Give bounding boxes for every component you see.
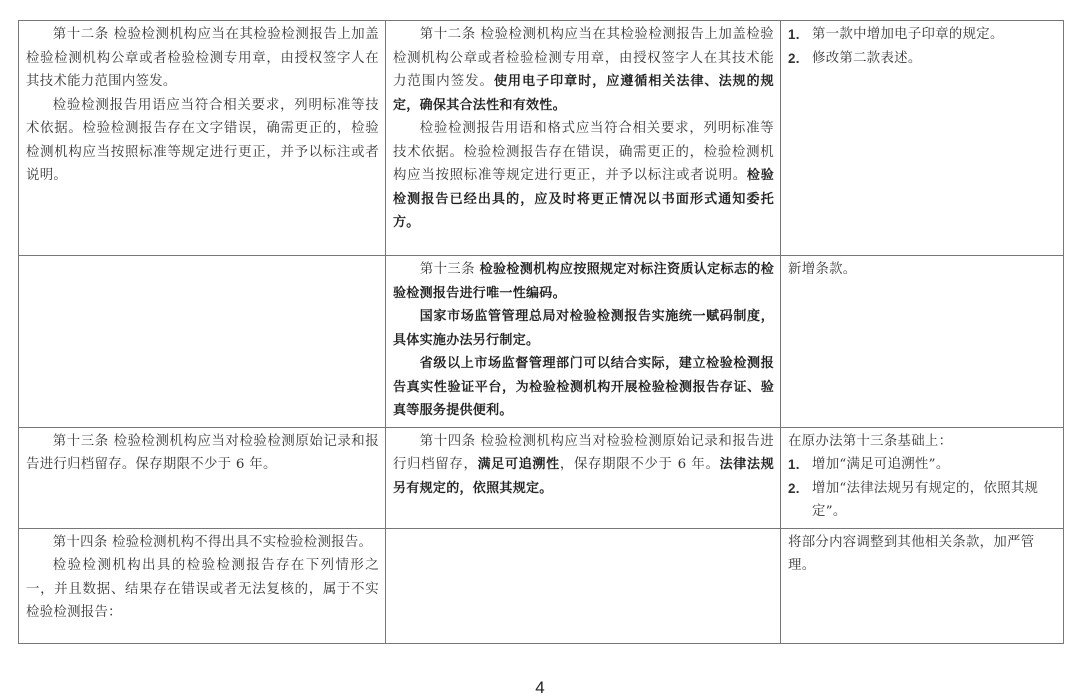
note-text: 增加“满足可追溯性”。: [812, 453, 950, 477]
list-number: 2.: [788, 477, 812, 524]
note-list-item: 1.第一款中增加电子印章的规定。: [788, 23, 1057, 47]
article-text: 第十二条 检验检测机构应当在其检验检测报告上加盖检验检测机构公章或者检验检测专用…: [26, 27, 379, 89]
note-intro: 将部分内容调整到其他相关条款，加严管理。: [788, 531, 1057, 578]
added-text: 国家市场监管管理总局对检验检测报告实施统一赋码制度，具体实施办法另行制定。: [393, 309, 774, 348]
article-paragraph: 第十四条 检验检测机构不得出具不实检验检测报告。: [26, 531, 379, 555]
revised-text-cell: 第十二条 检验检测机构应当在其检验检测报告上加盖检验检测机构公章或者检验检测专用…: [386, 21, 781, 256]
list-number: 2.: [788, 47, 812, 71]
list-number: 1.: [788, 23, 812, 47]
original-text-cell: 第十四条 检验检测机构不得出具不实检验检测报告。检验检测机构出具的检验检测报告存…: [19, 528, 386, 643]
article-text: 检验检测报告用语应当符合相关要求，列明标准等技术依据。检验检测报告存在文字错误，…: [26, 98, 379, 184]
revision-note-cell: 新增条款。: [781, 256, 1064, 428]
article-text: 第十四条 检验检测机构不得出具不实检验检测报告。: [53, 535, 372, 550]
article-paragraph: 第十四条 检验检测机构应当对检验检测原始记录和报告进行归档留存，满足可追溯性，保…: [393, 430, 774, 501]
original-text-cell: [19, 256, 386, 428]
revision-note-cell: 将部分内容调整到其他相关条款，加严管理。: [781, 528, 1064, 643]
note-intro: 新增条款。: [788, 258, 1057, 282]
article-text: ，保存期限不少于 6 年。: [560, 457, 720, 472]
note-text: 修改第二款表述。: [812, 47, 922, 71]
note-list-item: 2.修改第二款表述。: [788, 47, 1057, 71]
article-paragraph: 检验检测报告用语和格式应当符合相关要求，列明标准等技术依据。检验检测报告存在错误…: [393, 117, 774, 235]
article-paragraph: 检验检测报告用语应当符合相关要求，列明标准等技术依据。检验检测报告存在文字错误，…: [26, 94, 379, 188]
article-paragraph: 省级以上市场监督管理部门可以结合实际，建立检验检测报告真实性验证平台，为检验检测…: [393, 352, 774, 423]
comparison-table: 第十二条 检验检测机构应当在其检验检测报告上加盖检验检测机构公章或者检验检测专用…: [18, 20, 1064, 644]
article-paragraph: 第十三条 检验检测机构应按照规定对标注资质认定标志的检验检测报告进行唯一性编码。: [393, 258, 774, 305]
article-paragraph: 第十二条 检验检测机构应当在其检验检测报告上加盖检验检测机构公章或者检验检测专用…: [393, 23, 774, 117]
added-text: 省级以上市场监督管理部门可以结合实际，建立检验检测报告真实性验证平台，为检验检测…: [393, 356, 774, 418]
article-paragraph: 检验检测机构出具的检验检测报告存在下列情形之一，并且数据、结果存在错误或者无法复…: [26, 554, 379, 625]
revised-text-cell: 第十三条 检验检测机构应按照规定对标注资质认定标志的检验检测报告进行唯一性编码。…: [386, 256, 781, 428]
original-text-cell: 第十三条 检验检测机构应当对检验检测原始记录和报告进行归档留存。保存期限不少于 …: [19, 427, 386, 528]
revised-text-cell: 第十四条 检验检测机构应当对检验检测原始记录和报告进行归档留存，满足可追溯性，保…: [386, 427, 781, 528]
list-number: 1.: [788, 453, 812, 477]
article-text: 检验检测机构出具的检验检测报告存在下列情形之一，并且数据、结果存在错误或者无法复…: [26, 558, 379, 620]
article-text: 第十三条: [420, 262, 480, 277]
article-paragraph: 第十三条 检验检测机构应当对检验检测原始记录和报告进行归档留存。保存期限不少于 …: [26, 430, 379, 477]
note-list-item: 2.增加“法律法规另有规定的，依照其规定”。: [788, 477, 1057, 524]
revision-note-cell: 在原办法第十三条基础上：1.增加“满足可追溯性”。2.增加“法律法规另有规定的，…: [781, 427, 1064, 528]
revision-note-cell: 1.第一款中增加电子印章的规定。2.修改第二款表述。: [781, 21, 1064, 256]
table-row: 第十四条 检验检测机构不得出具不实检验检测报告。检验检测机构出具的检验检测报告存…: [19, 528, 1064, 643]
note-text: 第一款中增加电子印章的规定。: [812, 23, 1004, 47]
article-paragraph: 国家市场监管管理总局对检验检测报告实施统一赋码制度，具体实施办法另行制定。: [393, 305, 774, 352]
page-number: 4: [0, 678, 1080, 698]
table-row: 第十二条 检验检测机构应当在其检验检测报告上加盖检验检测机构公章或者检验检测专用…: [19, 21, 1064, 256]
article-paragraph: 第十二条 检验检测机构应当在其检验检测报告上加盖检验检测机构公章或者检验检测专用…: [26, 23, 379, 94]
revised-text-cell: [386, 528, 781, 643]
note-text: 增加“法律法规另有规定的，依照其规定”。: [812, 477, 1057, 524]
table-row: 第十三条 检验检测机构应当对检验检测原始记录和报告进行归档留存。保存期限不少于 …: [19, 427, 1064, 528]
article-text: 第十三条 检验检测机构应当对检验检测原始记录和报告进行归档留存。保存期限不少于 …: [26, 434, 379, 473]
added-text: 满足可追溯性: [478, 457, 560, 472]
article-text: 检验检测报告用语和格式应当符合相关要求，列明标准等技术依据。检验检测报告存在错误…: [393, 121, 774, 183]
table-row: 第十三条 检验检测机构应按照规定对标注资质认定标志的检验检测报告进行唯一性编码。…: [19, 256, 1064, 428]
note-list-item: 1.增加“满足可追溯性”。: [788, 453, 1057, 477]
original-text-cell: 第十二条 检验检测机构应当在其检验检测报告上加盖检验检测机构公章或者检验检测专用…: [19, 21, 386, 256]
note-intro: 在原办法第十三条基础上：: [788, 430, 1057, 454]
